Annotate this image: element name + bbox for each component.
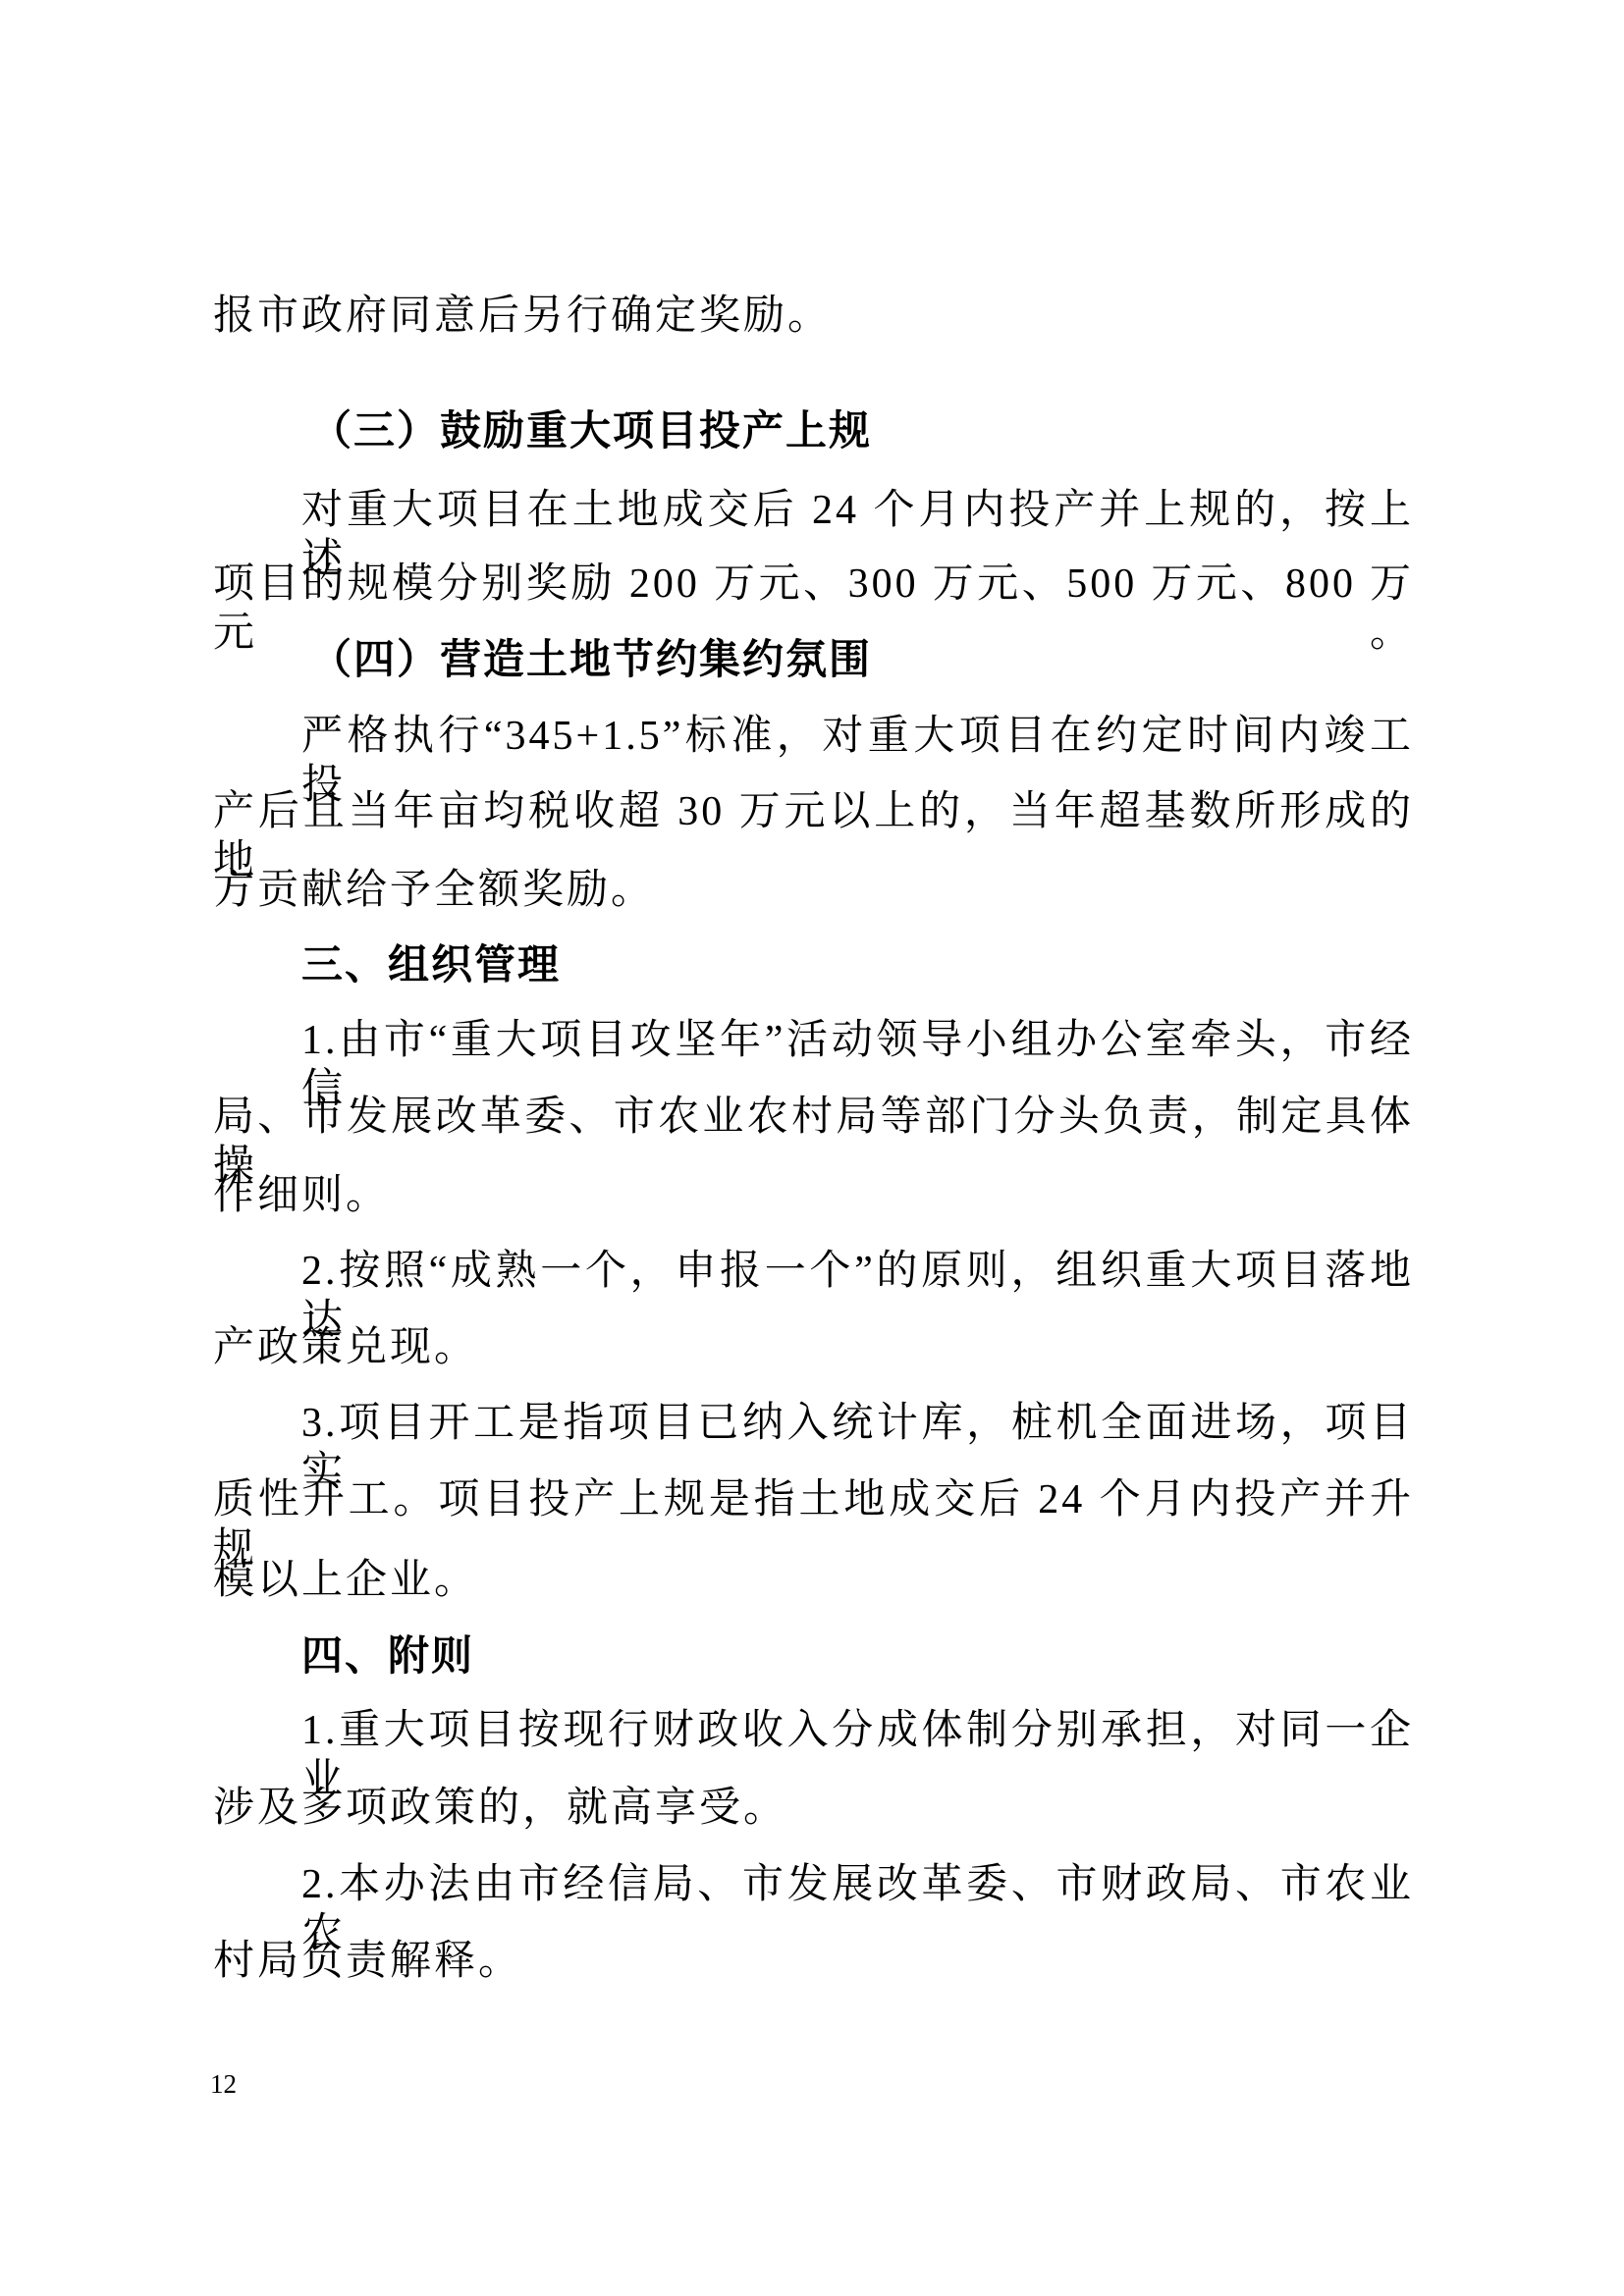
paragraph-line: 产后且当年亩均税收超 30 万元以上的，当年超基数所形成的地 (213, 787, 1414, 836)
paragraph-line: 项目的规模分别奖励 200 万元、300 万元、500 万元、800 万元。 (213, 560, 1414, 609)
paragraph-line: 质性开工。项目投产上规是指土地成交后 24 个月内投产并升规 (213, 1475, 1414, 1524)
chapter-heading-appendix: 四、附则 (301, 1631, 1414, 1681)
paragraph-line: 报市政府同意后另行确定奖励。 (213, 292, 1414, 341)
paragraph-line: 村局负责解释。 (213, 1937, 1414, 1986)
paragraph-line: 局、市发展改革委、市农业农村局等部门分头负责，制定具体操 (213, 1093, 1414, 1142)
paragraph-line: 严格执行“345+1.5”标准，对重大项目在约定时间内竣工投 (301, 712, 1414, 761)
paragraph-line: 产政策兑现。 (213, 1323, 1414, 1372)
paragraph-line: 方贡献给予全额奖励。 (213, 866, 1414, 915)
paragraph-line: 对重大项目在土地成交后 24 个月内投产并上规的，按上述 (301, 486, 1414, 535)
chapter-heading-organization: 三、组织管理 (301, 940, 1414, 989)
paragraph-line: 模以上企业。 (213, 1556, 1414, 1605)
paragraph-line: 作细则。 (213, 1171, 1414, 1220)
paragraph-line: 涉及多项政策的，就高享受。 (213, 1784, 1414, 1833)
section-heading-3: （三）鼓励重大项目投产上规 (310, 407, 1414, 456)
paragraph-line: 1.由市“重大项目攻坚年”活动领导小组办公室牵头，市经信 (301, 1016, 1414, 1065)
paragraph-line: 1.重大项目按现行财政收入分成体制分别承担，对同一企业 (301, 1706, 1414, 1755)
page-number: 12 (210, 2068, 237, 2100)
paragraph-line: 3.项目开工是指项目已纳入统计库，桩机全面进场，项目实 (301, 1399, 1414, 1448)
document-page: 报市政府同意后另行确定奖励。 （三）鼓励重大项目投产上规 对重大项目在土地成交后… (0, 0, 1624, 2296)
paragraph-line: 2.按照“成熟一个，申报一个”的原则，组织重大项目落地达 (301, 1247, 1414, 1296)
section-heading-4: （四）营造土地节约集约氛围 (310, 636, 1414, 685)
paragraph-line: 2.本办法由市经信局、市发展改革委、市财政局、市农业农 (301, 1860, 1414, 1909)
